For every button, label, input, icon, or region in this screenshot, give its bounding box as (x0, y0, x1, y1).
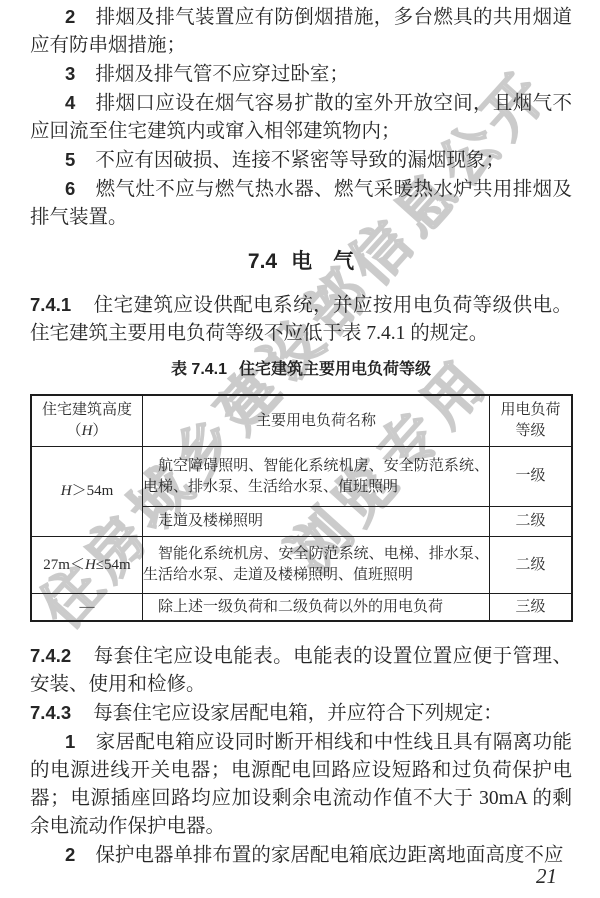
clause-7-4-1: 7.4.1住宅建筑应设供配电系统，并应按用电负荷等级供电。住宅建筑主要用电负荷等… (30, 291, 572, 348)
item-number: 2 (65, 6, 75, 27)
cell-loads-grade2: 智能化系统机房、安全防范系统、电梯、排水泵、生活给水泵、走道及楼梯照明、值班照明 (143, 537, 490, 594)
clause-7-4-2: 7.4.2每套住宅应设电能表。电能表的设置位置应便于管理、安装、使用和检修。 (30, 642, 572, 699)
cell-grade-2: 二级 (490, 507, 573, 537)
cell-loads-other: 除上述一级负荷和二级负荷以外的用电负荷 (143, 594, 490, 622)
document-page: 住房城乡建设部信息公开 浏览专用 2排烟及排气装置应有防倒烟措施，多台燃具的共用… (0, 0, 600, 898)
cell-grade-4: 三级 (490, 594, 573, 622)
variable-h: H (61, 483, 72, 499)
cell-loads-grade1: 航空障碍照明、智能化系统机房、安全防范系统、电梯、排水泵、生活给水泵、值班照明 (143, 447, 490, 507)
list-item-gas-4: 4排烟口应设在烟气容易扩散的室外开放空间，且烟气不应回流至住宅建筑内或窜入相邻建… (30, 89, 572, 146)
clause-text: 每套住宅应设电能表。电能表的设置位置应便于管理、安装、使用和检修。 (30, 646, 572, 695)
item-number: 4 (65, 92, 75, 113)
section-number: 7.4 (248, 250, 277, 273)
header-load-grade: 用电负荷 等级 (490, 395, 573, 447)
header-load-names: 主要用电负荷名称 (143, 395, 490, 447)
cell-grade-1: 一级 (490, 447, 573, 507)
page-content: 2排烟及排气装置应有防倒烟措施，多台燃具的共用烟道应有防串烟措施； 3排烟及排气… (30, 3, 572, 870)
item-text: 保护电器单排布置的家居配电箱底边距离地面高度不应 (95, 845, 563, 866)
section-heading: 7.4电 气 (30, 248, 572, 276)
cell-height-dash: — (31, 594, 143, 622)
clause-7-4-3: 7.4.3每套住宅应设家居配电箱，并应符合下列规定： (30, 699, 572, 728)
header-building-height: 住宅建筑高度 （H） (31, 395, 143, 447)
cell-loads-corridor: 走道及楼梯照明 (143, 507, 490, 537)
item-number: 2 (65, 844, 75, 865)
table-row: — 除上述一级负荷和二级负荷以外的用电负荷 三级 (31, 594, 572, 622)
table-row: 27m＜H≤54m 智能化系统机房、安全防范系统、电梯、排水泵、生活给水泵、走道… (31, 537, 572, 594)
item-text: 家居配电箱应设同时断开相线和中性线且具有隔离功能的电源进线开关电器；电源配电回路… (30, 732, 572, 837)
list-item-gas-6: 6燃气灶不应与燃气热水器、燃气采暖热水炉共用排烟及排气装置。 (30, 175, 572, 232)
list-item-gas-3: 3排烟及排气管不应穿过卧室； (30, 60, 572, 89)
list-item-gas-2: 2排烟及排气装置应有防倒烟措施，多台燃具的共用烟道应有防串烟措施； (30, 3, 572, 60)
page-number: 21 (536, 864, 557, 889)
variable-h: H (85, 557, 96, 573)
section-title: 电 气 (291, 250, 354, 273)
item-text: 排烟及排气管不应穿过卧室； (95, 64, 349, 85)
clause-number: 7.4.3 (30, 702, 71, 723)
item-number: 3 (65, 63, 75, 84)
cell-height-27to54: 27m＜H≤54m (31, 537, 143, 594)
item-number: 6 (65, 178, 75, 199)
item-text: 不应有因破损、连接不紧密等导致的漏烟现象； (95, 150, 505, 171)
list-item-gas-5: 5不应有因破损、连接不紧密等导致的漏烟现象； (30, 146, 572, 175)
item-number: 1 (65, 731, 75, 752)
item-text: 燃气灶不应与燃气热水器、燃气采暖热水炉共用排烟及排气装置。 (30, 179, 572, 228)
table-caption-label: 表 7.4.1 (171, 361, 227, 378)
clause-text: 每套住宅应设家居配电箱，并应符合下列规定： (93, 703, 503, 724)
cell-grade-3: 二级 (490, 537, 573, 594)
clause-number: 7.4.1 (30, 294, 71, 315)
table-row: H＞54m 航空障碍照明、智能化系统机房、安全防范系统、电梯、排水泵、生活给水泵… (31, 447, 572, 507)
clause-text: 住宅建筑应设供配电系统，并应按用电负荷等级供电。住宅建筑主要用电负荷等级不应低于… (30, 295, 572, 344)
list-item-743-1: 1家居配电箱应设同时断开相线和中性线且具有隔离功能的电源进线开关电器；电源配电回… (30, 728, 572, 841)
item-text: 排烟口应设在烟气容易扩散的室外开放空间，且烟气不应回流至住宅建筑内或窜入相邻建筑… (30, 93, 572, 142)
table-header-row: 住宅建筑高度 （H） 主要用电负荷名称 用电负荷 等级 (31, 395, 572, 447)
table-caption-title: 住宅建筑主要用电负荷等级 (239, 361, 431, 378)
item-number: 5 (65, 149, 75, 170)
item-text: 排烟及排气装置应有防倒烟措施，多台燃具的共用烟道应有防串烟措施； (30, 7, 572, 56)
variable-h: H (82, 423, 93, 439)
list-item-743-2: 2保护电器单排布置的家居配电箱底边距离地面高度不应 (30, 841, 572, 870)
table-caption: 表 7.4.1住宅建筑主要用电负荷等级 (30, 358, 572, 382)
load-grade-table: 住宅建筑高度 （H） 主要用电负荷名称 用电负荷 等级 H＞54m 航空障碍照明… (30, 394, 573, 622)
cell-height-gt54: H＞54m (31, 447, 143, 537)
clause-number: 7.4.2 (30, 645, 71, 666)
